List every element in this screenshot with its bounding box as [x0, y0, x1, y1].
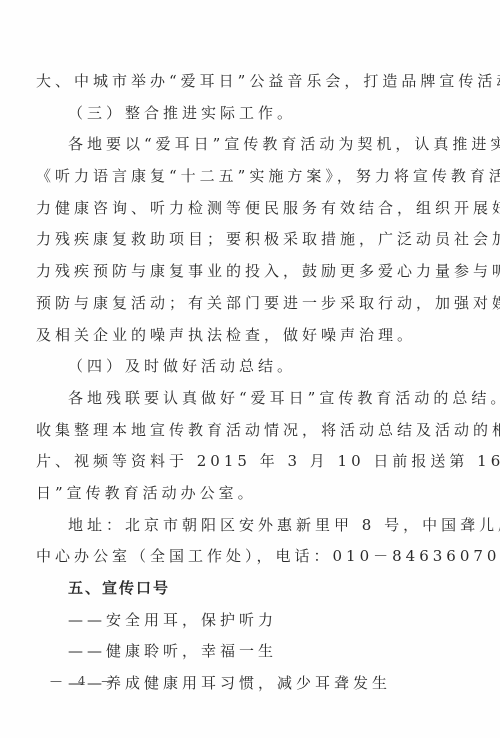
paragraph-line: 力残疾预防与康复事业的投入，鼓励更多爱心力量参与听力残疾 [36, 256, 460, 288]
section-heading-4: （四）及时做好活动总结。 [36, 351, 460, 383]
slogan-item: ——安全用耳，保护听力 [36, 605, 460, 637]
address-line: 地址：北京市朝阳区安外惠新里甲 8 号，中国聋儿康复研究 [36, 510, 460, 542]
section-heading-5: 五、宣传口号 [36, 573, 460, 605]
slogan-item: ——健康聆听，幸福一生 [36, 636, 460, 668]
section-heading-3: （三）整合推进实际工作。 [36, 98, 460, 130]
paragraph-line: 力健康咨询、听力检测等便民服务有效结合，组织开展好各类听 [36, 193, 460, 225]
page-number: — 4 — [50, 674, 119, 688]
document-body: 大、中城市举办“爱耳日”公益音乐会，打造品牌宣传活动。 （三）整合推进实际工作。… [36, 66, 460, 700]
paragraph-line: 片、视频等资料于 2015 年 3 月 10 日前报送第 16 次全国“爱耳 [36, 446, 460, 478]
paragraph-line: 日”宣传教育活动办公室。 [36, 478, 460, 510]
contact-line: 中心办公室（全国工作处），电话：010－84636070。 [36, 541, 460, 573]
paragraph-line: 及相关企业的噪声执法检查，做好噪声治理。 [36, 320, 460, 352]
paragraph-line: 各地残联要认真做好“爱耳日”宣传教育活动的总结。及时 [36, 383, 460, 415]
paragraph-line: 预防与康复活动；有关部门要进一步采取行动，加强对娱乐场所 [36, 288, 460, 320]
paragraph-line: 力残疾康复救助项目；要积极采取措施，广泛动员社会加大对听 [36, 224, 460, 256]
paragraph-line: 大、中城市举办“爱耳日”公益音乐会，打造品牌宣传活动。 [36, 66, 460, 98]
paragraph-line: 收集整理本地宣传教育活动情况，将活动总结及活动的相关图 [36, 415, 460, 447]
document-page: 大、中城市举办“爱耳日”公益音乐会，打造品牌宣传活动。 （三）整合推进实际工作。… [0, 0, 500, 738]
paragraph-line: 《听力语言康复“十二五”实施方案》，努力将宣传教育活动与听 [36, 161, 460, 193]
paragraph-line: 各地要以“爱耳日”宣传教育活动为契机，认真推进实施 [36, 129, 460, 161]
